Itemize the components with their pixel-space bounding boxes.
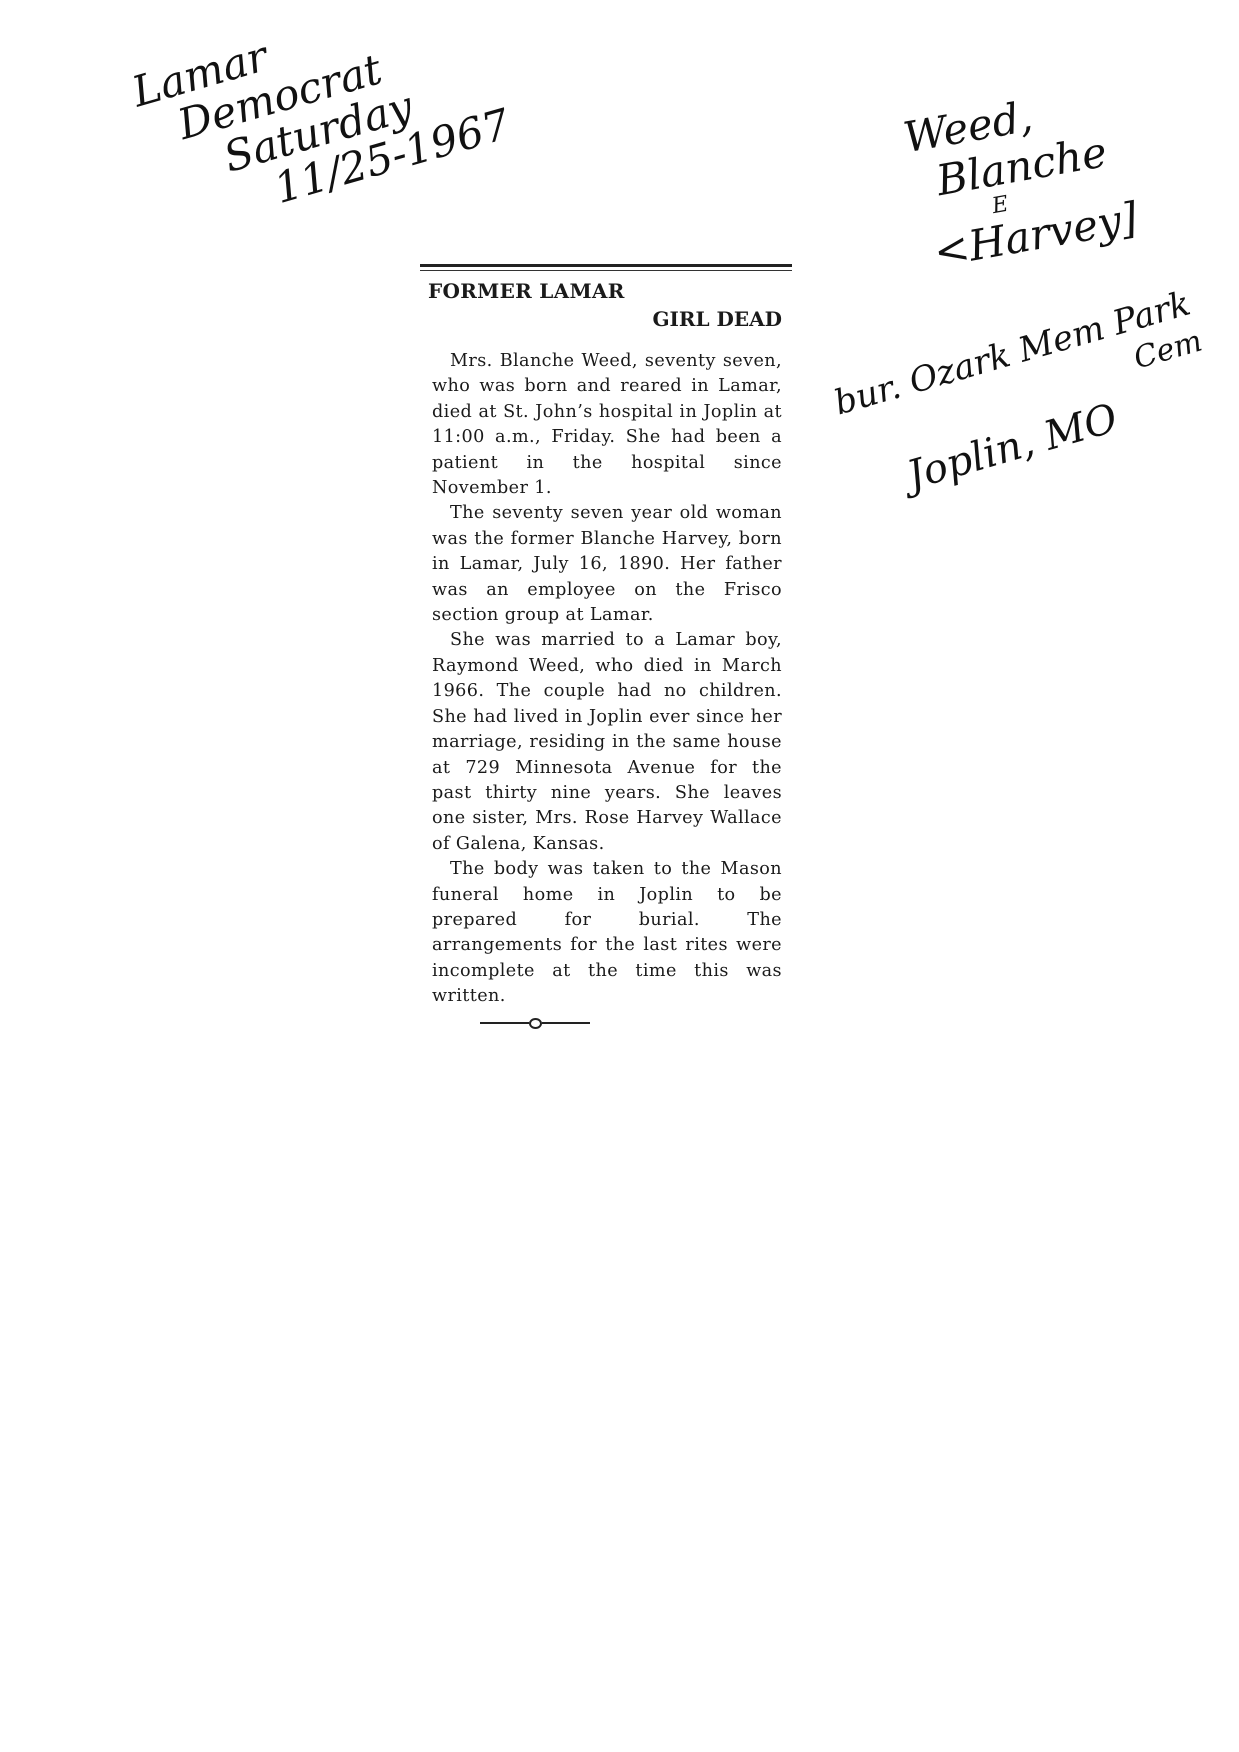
handwritten-name-note: Weed, Blanche E <Harvey]	[900, 78, 1141, 279]
newspaper-clipping: FORMER LAMAR GIRL DEAD Mrs. Blanche Weed…	[420, 264, 792, 1029]
article-paragraph: The seventy seven year old woman was the…	[420, 501, 792, 628]
article-paragraph: She was married to a Lamar boy, Raymond …	[420, 628, 792, 857]
end-ornament-icon	[480, 1018, 590, 1029]
handwritten-burial-note: bur. Ozark Mem Park Cem Joplin, MO	[830, 283, 1221, 510]
headline-line-2: GIRL DEAD	[420, 307, 782, 331]
headline-line-1: FORMER LAMAR	[428, 279, 792, 303]
article-paragraph: Mrs. Blanche Weed, seventy seven, who wa…	[420, 349, 792, 501]
handwritten-source-note: Lamar Democrat Saturday 11/25-1967	[118, 0, 515, 244]
article-paragraph: The body was taken to the Mason funeral …	[420, 857, 792, 1009]
top-rule-divider	[420, 264, 792, 271]
article-body: Mrs. Blanche Weed, seventy seven, who wa…	[420, 349, 792, 1010]
